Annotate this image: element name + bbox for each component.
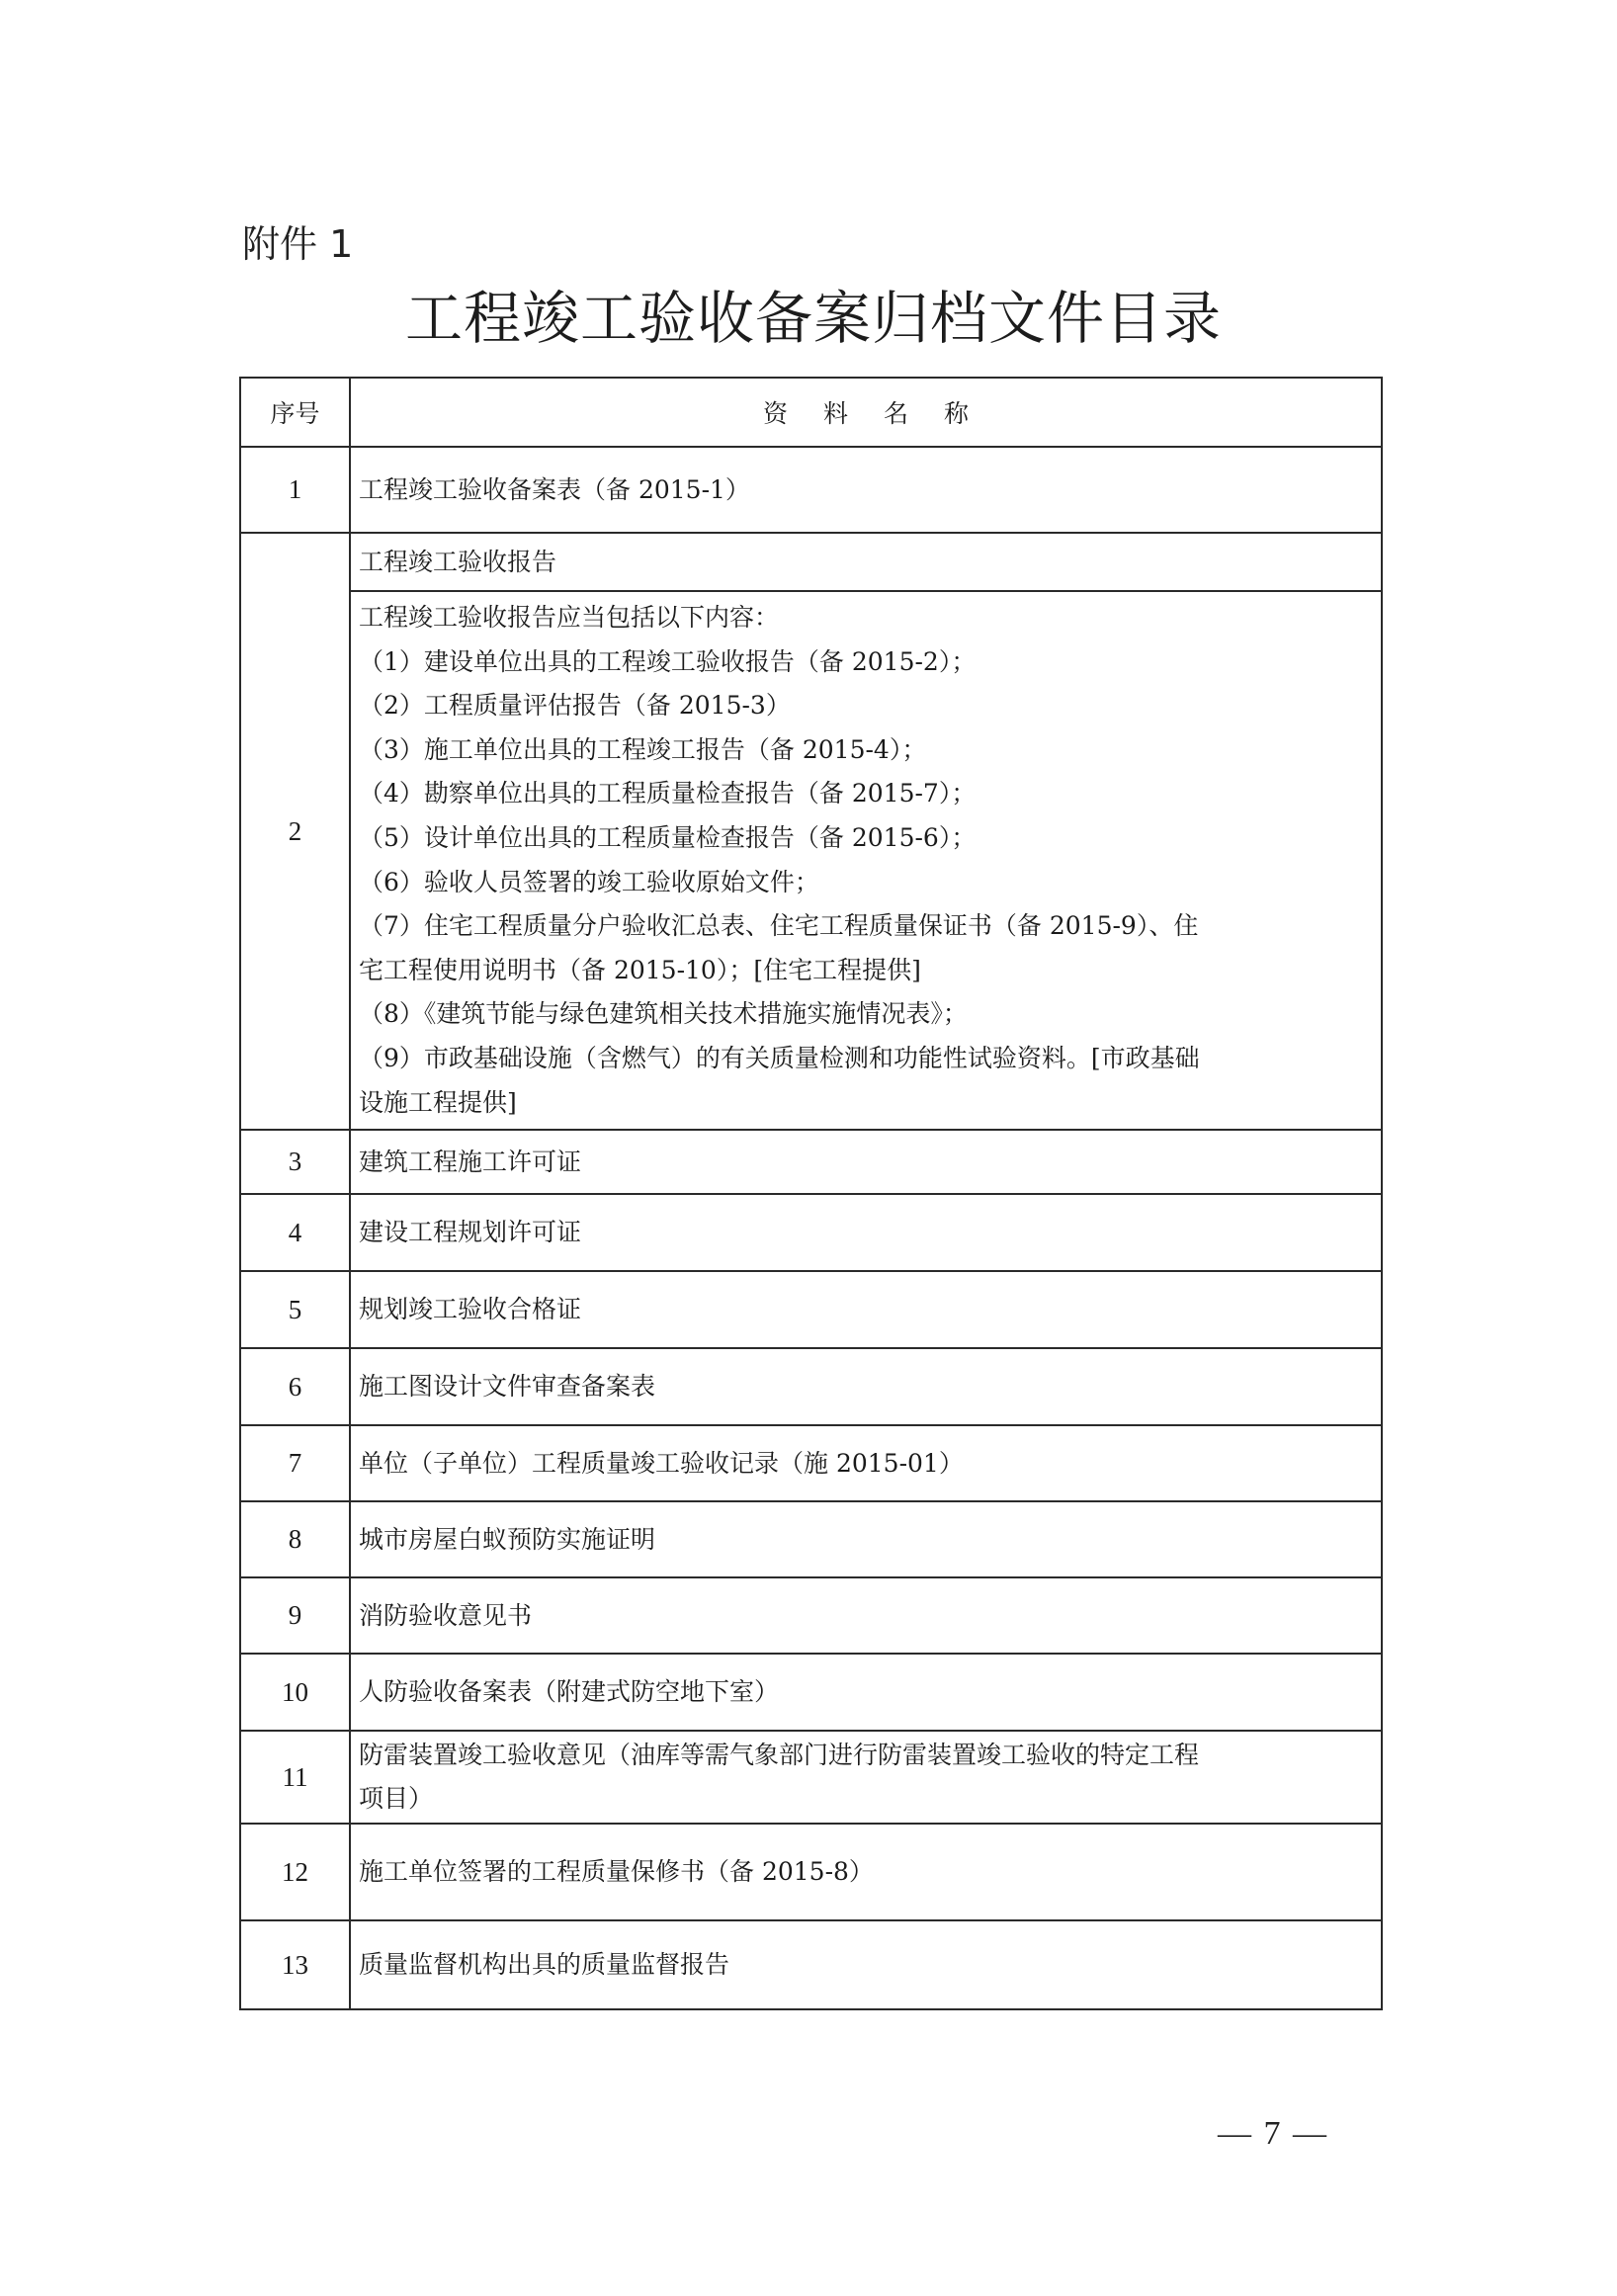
report-contents-item: （5）设计单位出具的工程质量检查报告（备 2015-6）； (359, 816, 1375, 861)
row-document-name: 质量监督机构出具的质量监督报告 (350, 1920, 1382, 2009)
row-number: 13 (240, 1920, 350, 2009)
report-contents-item-continued: 宅工程使用说明书（备 2015-10）；[住宅工程提供] (359, 949, 1375, 993)
row-document-name: 防雷装置竣工验收意见（油库等需气象部门进行防雷装置竣工验收的特定工程 项目） (350, 1731, 1382, 1824)
row-document-name: 施工单位签署的工程质量保修书（备 2015-8） (350, 1824, 1382, 1920)
report-contents-intro: 工程竣工验收报告应当包括以下内容： (359, 596, 1375, 640)
row-number: 9 (240, 1577, 350, 1654)
row-document-name: 消防验收意见书 (350, 1577, 1382, 1654)
report-contents-item: （1）建设单位出具的工程竣工验收报告（备 2015-2）； (359, 640, 1375, 685)
page-number: — 7 — (1218, 2115, 1328, 2153)
row-document-name: 规划竣工验收合格证 (350, 1271, 1382, 1348)
row-number: 5 (240, 1271, 350, 1348)
table-row: 13 质量监督机构出具的质量监督报告 (240, 1920, 1382, 2009)
row-document-name: 单位（子单位）工程质量竣工验收记录（施 2015-01） (350, 1425, 1382, 1501)
report-contents-item: （6）验收人员签署的竣工验收原始文件； (359, 861, 1375, 905)
row-number: 8 (240, 1501, 350, 1577)
report-contents-item: （4）勘察单位出具的工程质量检查报告（备 2015-7）； (359, 772, 1375, 816)
table-row: 9 消防验收意见书 (240, 1577, 1382, 1654)
row-number: 2 (240, 533, 350, 1130)
table-row: 6 施工图设计文件审查备案表 (240, 1348, 1382, 1425)
report-contents-item: （8）《建筑节能与绿色建筑相关技术措施实施情况表》； (359, 992, 1375, 1037)
table-row: 2 工程竣工验收报告 (240, 533, 1382, 591)
row-number: 10 (240, 1654, 350, 1731)
report-contents-item-continued: 设施工程提供] (359, 1081, 1375, 1126)
document-title: 工程竣工验收备案归档文件目录 (0, 279, 1617, 358)
archive-file-catalog-table: 序号 资料名称 1 工程竣工验收备案表（备 2015-1） 2 工程竣工验收报告… (239, 377, 1383, 2010)
report-contents-item: （3）施工单位出具的工程竣工报告（备 2015-4）； (359, 728, 1375, 773)
row-document-name-line: 防雷装置竣工验收意见（油库等需气象部门进行防雷装置竣工验收的特定工程 (359, 1734, 1375, 1777)
table-row: 1 工程竣工验收备案表（备 2015-1） (240, 447, 1382, 533)
table-row: 4 建设工程规划许可证 (240, 1194, 1382, 1271)
row-number: 1 (240, 447, 350, 533)
table-row-details: 工程竣工验收报告应当包括以下内容： （1）建设单位出具的工程竣工验收报告（备 2… (240, 591, 1382, 1130)
table-row: 3 建筑工程施工许可证 (240, 1130, 1382, 1194)
row-document-name-line: 项目） (359, 1777, 1375, 1821)
row-document-name: 施工图设计文件审查备案表 (350, 1348, 1382, 1425)
header-serial-number: 序号 (240, 378, 350, 447)
header-document-name: 资料名称 (350, 378, 1382, 447)
report-contents-item: （9）市政基础设施（含燃气）的有关质量检测和功能性试验资料。[市政基础 (359, 1037, 1375, 1081)
table-row: 7 单位（子单位）工程质量竣工验收记录（施 2015-01） (240, 1425, 1382, 1501)
table-row: 11 防雷装置竣工验收意见（油库等需气象部门进行防雷装置竣工验收的特定工程 项目… (240, 1731, 1382, 1824)
table-header-row: 序号 资料名称 (240, 378, 1382, 447)
table-row: 12 施工单位签署的工程质量保修书（备 2015-8） (240, 1824, 1382, 1920)
table-row: 8 城市房屋白蚁预防实施证明 (240, 1501, 1382, 1577)
row-document-name: 工程竣工验收备案表（备 2015-1） (350, 447, 1382, 533)
row-document-name: 工程竣工验收报告 (350, 533, 1382, 591)
row-document-name: 建筑工程施工许可证 (350, 1130, 1382, 1194)
row-number: 4 (240, 1194, 350, 1271)
row-number: 7 (240, 1425, 350, 1501)
table-row: 10 人防验收备案表（附建式防空地下室） (240, 1654, 1382, 1731)
row-number: 12 (240, 1824, 350, 1920)
row-number: 3 (240, 1130, 350, 1194)
row-document-name: 人防验收备案表（附建式防空地下室） (350, 1654, 1382, 1731)
row-number: 6 (240, 1348, 350, 1425)
attachment-label: 附件 1 (242, 219, 353, 269)
row-number: 11 (240, 1731, 350, 1824)
row-document-name: 城市房屋白蚁预防实施证明 (350, 1501, 1382, 1577)
report-contents-list: 工程竣工验收报告应当包括以下内容： （1）建设单位出具的工程竣工验收报告（备 2… (350, 591, 1382, 1130)
row-document-name: 建设工程规划许可证 (350, 1194, 1382, 1271)
report-contents-item: （2）工程质量评估报告（备 2015-3） (359, 684, 1375, 728)
table-row: 5 规划竣工验收合格证 (240, 1271, 1382, 1348)
report-contents-item: （7）住宅工程质量分户验收汇总表、住宅工程质量保证书（备 2015-9）、住 (359, 904, 1375, 949)
